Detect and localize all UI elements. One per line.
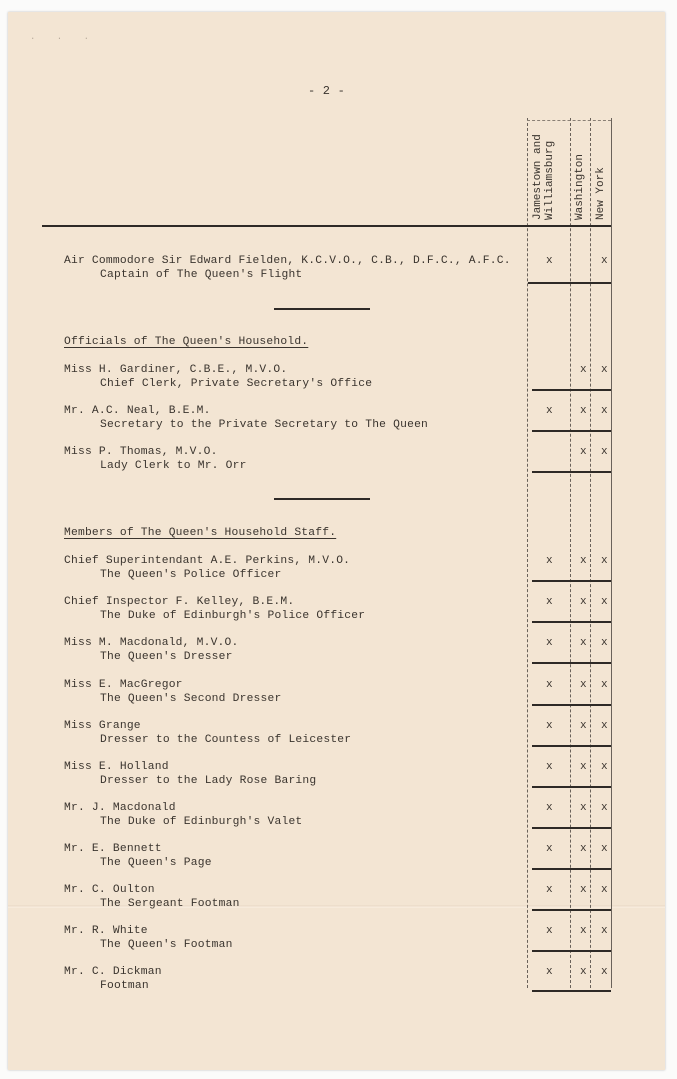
entry-name: Chief Superintendant A.E. Perkins, M.V.O… [64,555,350,567]
attendance-mark: x [601,884,608,896]
entry-name: Air Commodore Sir Edward Fielden, K.C.V.… [64,255,511,267]
entry-title: The Queen's Police Officer [100,569,281,581]
column-header-line: Williamsburg [544,141,556,220]
column-header-top-rule [527,120,611,121]
attendance-mark: x [580,925,587,937]
row-rule [532,786,611,788]
column-header-jamestown: Jamestown and Williamsburg [532,120,556,220]
attendance-mark: x [546,555,553,567]
row-rule [532,621,611,623]
attendance-mark: x [580,843,587,855]
entry-name: Miss E. Holland [64,761,169,773]
entry-name: Mr. A.C. Neal, B.E.M. [64,405,211,417]
entry-title: The Duke of Edinburgh's Police Officer [100,610,365,622]
column-header-washington: Washington [574,150,586,220]
row-rule [532,827,611,829]
attendance-mark: x [601,720,608,732]
attendance-mark: x [546,925,553,937]
entry-title: The Queen's Dresser [100,651,233,663]
entry-name: Miss M. Macdonald, M.V.O. [64,637,238,649]
attendance-mark: x [546,637,553,649]
attendance-mark: x [601,679,608,691]
entry-name: Mr. C. Oulton [64,884,155,896]
entry-name: Chief Inspector F. Kelley, B.E.M. [64,596,294,608]
row-rule [532,430,611,432]
attendance-mark: x [580,679,587,691]
column-header-new-york: New York [595,160,607,220]
row-rule [532,909,611,911]
row-rule [528,282,611,284]
attendance-mark: x [601,637,608,649]
entry-title: Dresser to the Countess of Leicester [100,734,351,746]
row-rule [532,868,611,870]
attendance-mark: x [580,802,587,814]
entry-title: The Duke of Edinburgh's Valet [100,816,302,828]
attendance-mark: x [601,802,608,814]
section-separator [274,498,370,500]
attendance-mark: x [580,884,587,896]
attendance-mark: x [580,596,587,608]
row-rule [532,662,611,664]
column-header-line: New York [595,167,607,220]
entry-name: Miss Grange [64,720,141,732]
attendance-mark: x [546,761,553,773]
document-page [8,12,665,1070]
attendance-mark: x [546,720,553,732]
entry-title: The Queen's Footman [100,939,233,951]
attendance-mark: x [601,446,608,458]
attendance-mark: x [580,720,587,732]
attendance-mark: x [601,761,608,773]
row-rule [532,389,611,391]
column-divider [611,118,612,988]
column-header-line: Jamestown and [532,134,544,220]
attendance-mark: x [546,596,553,608]
attendance-mark: x [580,446,587,458]
section-separator [274,308,370,310]
entry-title: The Sergeant Footman [100,898,240,910]
row-rule [532,580,611,582]
attendance-mark: x [601,364,608,376]
entry-title: The Queen's Second Dresser [100,693,281,705]
attendance-mark: x [580,555,587,567]
row-rule [532,950,611,952]
row-rule [532,990,611,992]
attendance-mark: x [601,405,608,417]
entry-name: Mr. C. Dickman [64,966,162,978]
attendance-mark: x [546,966,553,978]
entry-name: Miss E. MacGregor [64,679,183,691]
entry-title: Dresser to the Lady Rose Baring [100,775,316,787]
attendance-mark: x [546,884,553,896]
attendance-mark: x [601,596,608,608]
entry-name: Mr. J. Macdonald [64,802,176,814]
attendance-mark: x [546,802,553,814]
attendance-mark: x [580,966,587,978]
entry-title: Footman [100,980,149,992]
attendance-mark: x [601,555,608,567]
entry-title: Chief Clerk, Private Secretary's Office [100,378,372,390]
entry-title: Secretary to the Private Secretary to Th… [100,419,428,431]
section-heading: Officials of The Queen's Household. [64,336,308,348]
attendance-mark: x [580,637,587,649]
column-divider [527,118,528,988]
entry-title: Lady Clerk to Mr. Orr [100,460,247,472]
attendance-mark: x [546,255,553,267]
attendance-mark: x [601,925,608,937]
entry-name: Mr. E. Bennett [64,843,162,855]
page-number: - 2 - [308,84,345,98]
attendance-mark: x [580,364,587,376]
entry-name: Miss P. Thomas, M.V.O. [64,446,218,458]
section-heading: Members of The Queen's Household Staff. [64,527,336,539]
attendance-mark: x [601,843,608,855]
entry-title: The Queen's Page [100,857,212,869]
row-rule [532,745,611,747]
attendance-mark: x [601,966,608,978]
entry-name: Mr. R. White [64,925,148,937]
attendance-mark: x [546,843,553,855]
column-header-line: Washington [574,154,586,220]
entry-title: Captain of The Queen's Flight [100,269,302,281]
attendance-mark: x [546,405,553,417]
header-rule [42,225,611,227]
attendance-mark: x [601,255,608,267]
column-divider [590,118,591,988]
attendance-mark: x [580,405,587,417]
row-rule [532,704,611,706]
column-divider [570,118,571,988]
paper-specks: · · · [30,34,97,44]
attendance-mark: x [580,761,587,773]
row-rule [532,471,611,473]
attendance-mark: x [546,679,553,691]
entry-name: Miss H. Gardiner, C.B.E., M.V.O. [64,364,287,376]
